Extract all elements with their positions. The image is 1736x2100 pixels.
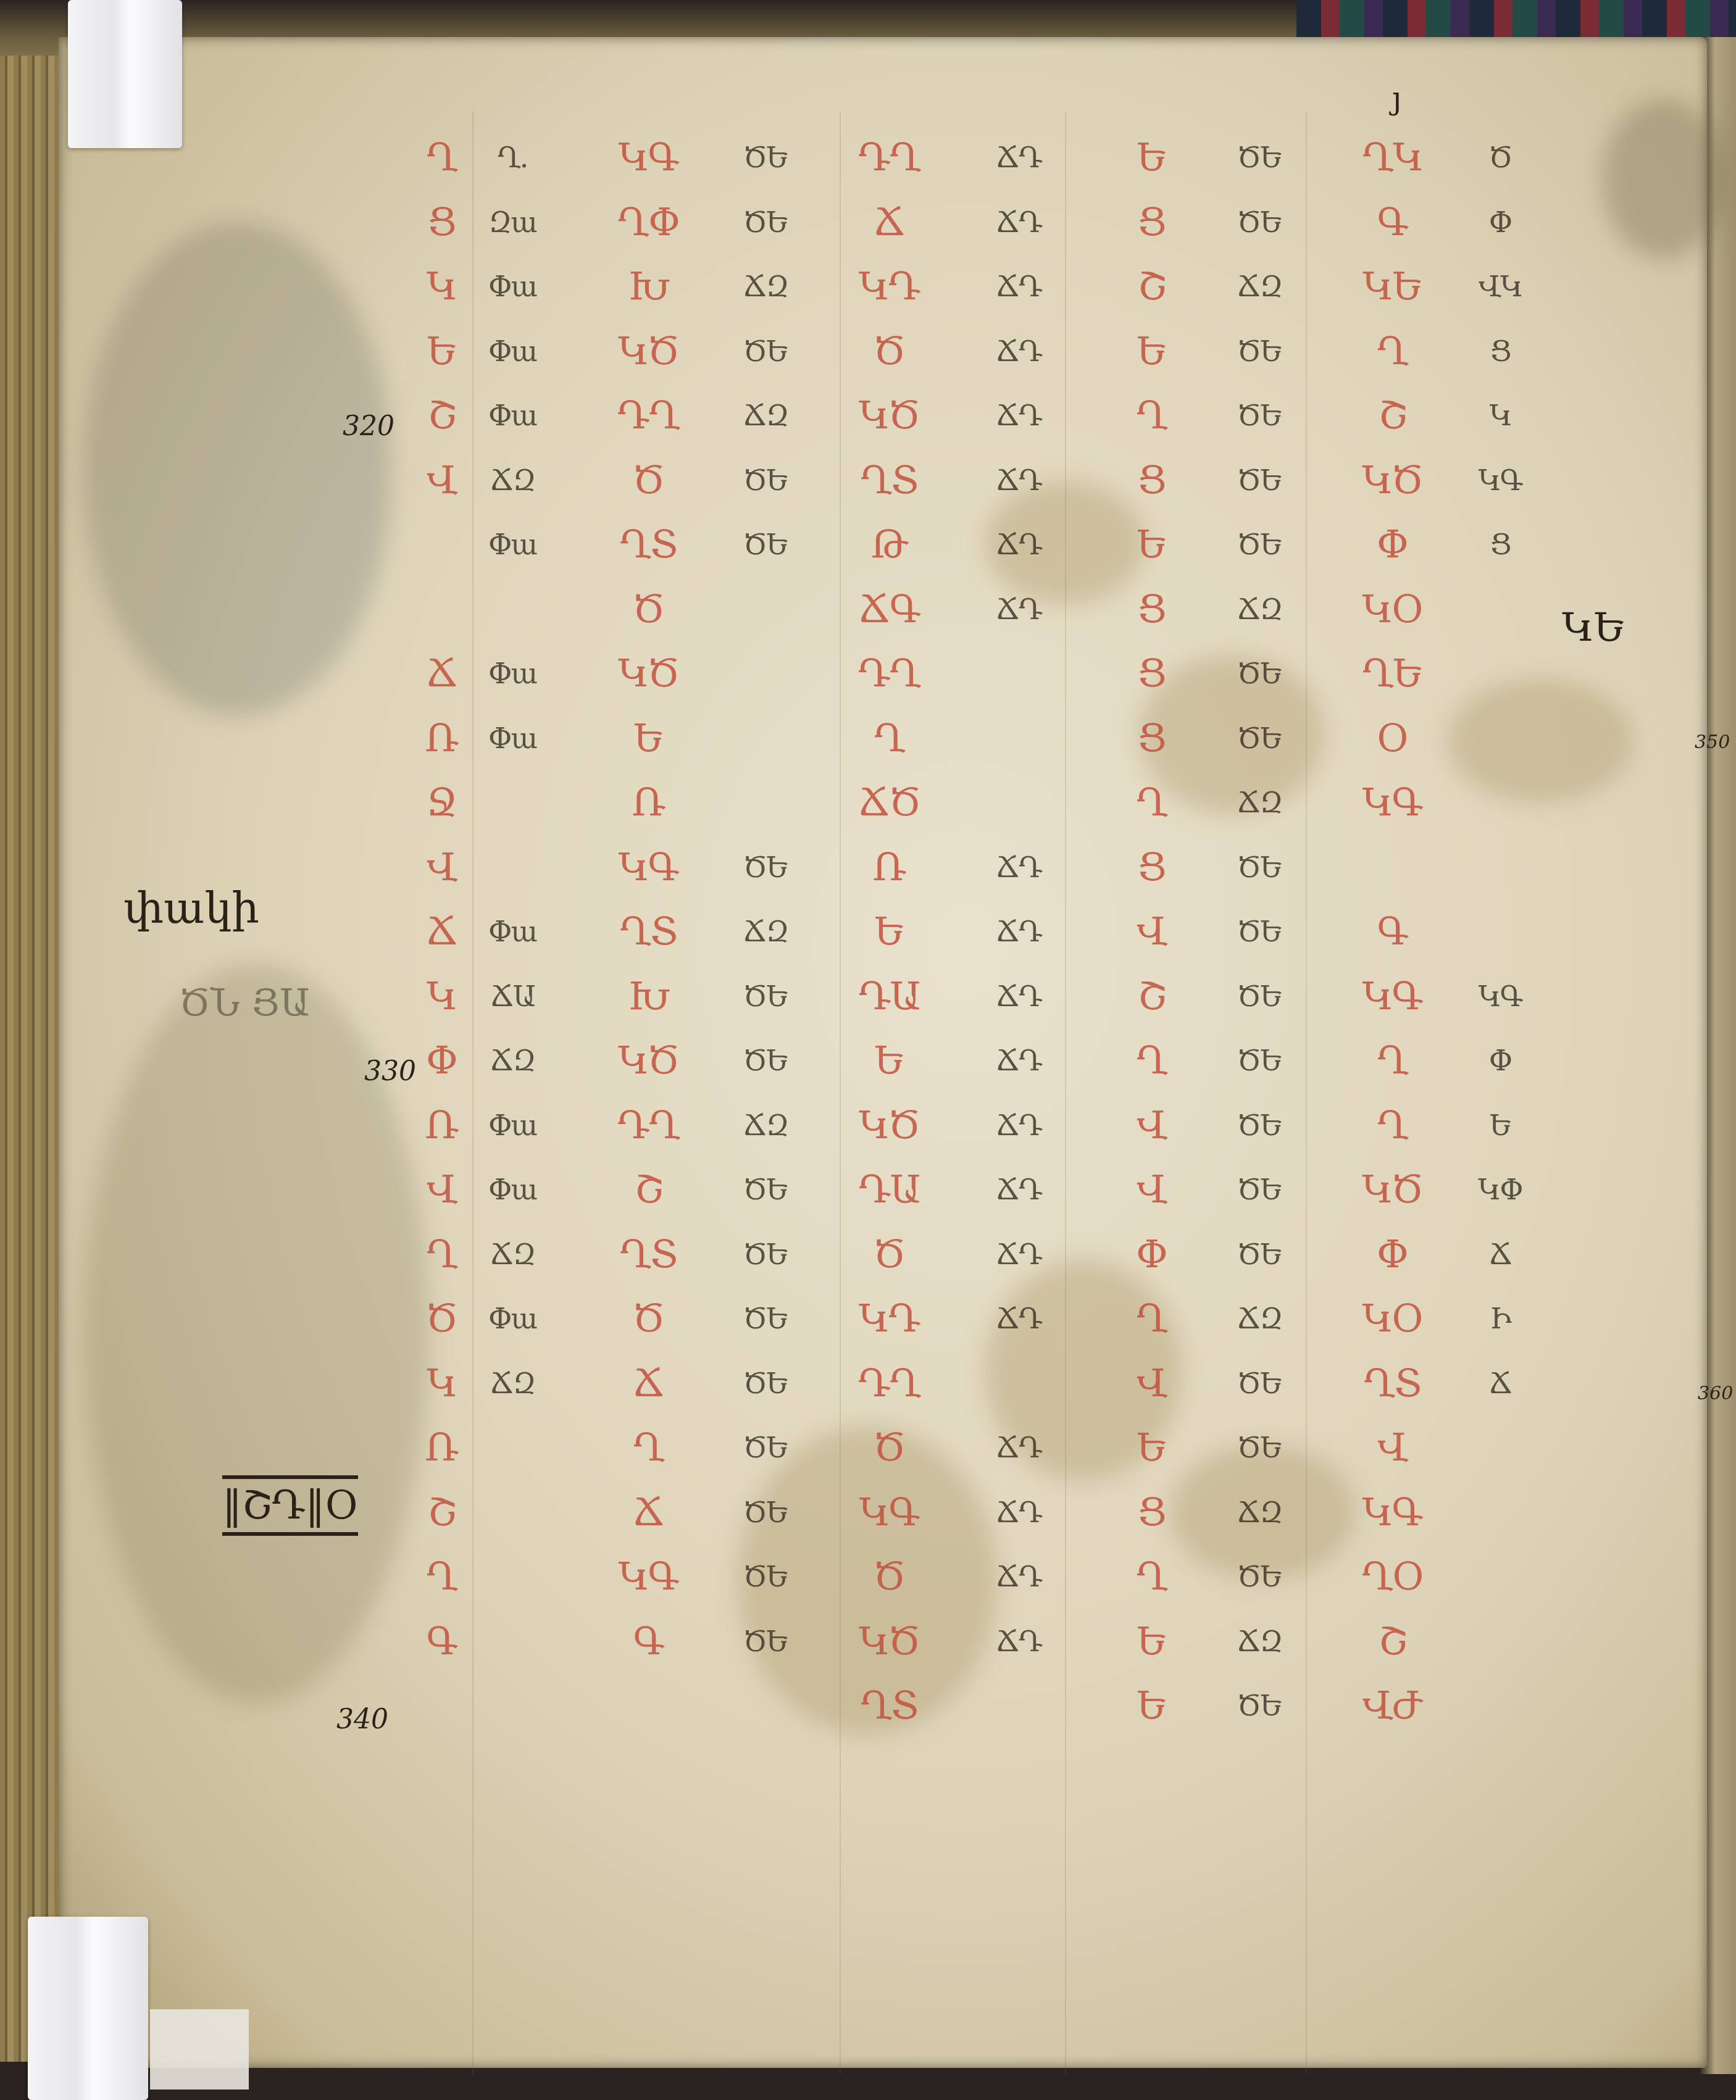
table-cell: ԾԵ xyxy=(743,1304,788,1333)
table-cell: Ե xyxy=(1137,1622,1166,1660)
table-cell: ՂՏ xyxy=(860,461,917,499)
table-cell: Վ xyxy=(427,461,456,499)
table-cell: Ճ xyxy=(426,654,457,693)
table-cell: ԾԵ xyxy=(743,982,788,1010)
table-cell: Ծ xyxy=(874,1557,904,1596)
table-cell: ԾԵ xyxy=(743,466,788,494)
table-cell: Վ xyxy=(427,1170,456,1209)
margin-stamp: ‖ՇԴ‖Օ xyxy=(222,1475,358,1536)
ruling-line xyxy=(840,111,841,2074)
table-cell: Փա xyxy=(488,1111,537,1140)
table-cell: ՃԶ xyxy=(1237,1627,1282,1656)
table-cell: Փա xyxy=(488,337,537,365)
table-cell: ԿՓ xyxy=(1478,1175,1522,1204)
table-cell: Փ xyxy=(1489,1046,1512,1075)
table-cell: ՂՏ xyxy=(860,1686,917,1725)
table-cell: Ղ xyxy=(426,138,457,177)
table-cell: Ղ. xyxy=(498,143,528,172)
table-cell: Փ xyxy=(1489,208,1512,236)
table-cell: ԿԾ xyxy=(1362,1170,1422,1209)
table-cell: Ց xyxy=(1138,719,1165,757)
table-cell: Ց xyxy=(1138,461,1165,499)
table-cell: Փա xyxy=(488,724,537,752)
table-cell: ՃԶ xyxy=(490,1046,535,1075)
margin-number-360: 360 xyxy=(1698,1383,1733,1404)
table-cell: Փ xyxy=(1377,525,1408,564)
table-cell: ՃԶ xyxy=(743,272,788,301)
table-cell: Ճ xyxy=(1489,1240,1512,1269)
table-cell: ՃԶ xyxy=(1237,1498,1282,1527)
table-cell: Ճ xyxy=(633,1364,664,1402)
table-cell: ԿԳ xyxy=(1479,982,1522,1010)
table-cell: ՃԴ xyxy=(996,1046,1041,1075)
table-cell: ԴՂ xyxy=(858,1364,920,1402)
table-cell: ՃԶ xyxy=(743,401,788,430)
margin-number-350: 350 xyxy=(1695,731,1730,753)
table-cell: ՃԴ xyxy=(996,982,1041,1010)
table-cell: Շ xyxy=(1138,977,1166,1015)
table-cell: ԾԵ xyxy=(1237,1111,1282,1140)
table-cell: Ց xyxy=(1490,337,1510,365)
table-cell: Վ xyxy=(427,848,456,886)
table-cell: Փ xyxy=(1377,1235,1408,1273)
table-cell: ՃԴ xyxy=(996,401,1041,430)
stain xyxy=(83,222,392,716)
table-cell: ԾԵ xyxy=(1237,982,1282,1010)
table-cell: ԾԵ xyxy=(1237,466,1282,494)
table-cell: Թ xyxy=(871,525,907,564)
table-cell: Գ xyxy=(1377,203,1407,241)
table-cell: ՂՕ xyxy=(1361,1557,1422,1596)
table-cell: Ղ xyxy=(1377,332,1408,370)
table-cell: Ե xyxy=(1137,1686,1166,1725)
table-cell: Վ xyxy=(1137,912,1166,951)
table-cell: Ռ xyxy=(425,1106,458,1144)
table-cell: Ց xyxy=(1138,848,1165,886)
table-cell: ԴԱ xyxy=(859,977,920,1015)
table-cell: Ծ xyxy=(1489,143,1512,172)
table-cell: ՂՏ xyxy=(619,525,677,564)
table-cell: ՂՏ xyxy=(619,912,677,951)
table-cell: Խ xyxy=(628,977,669,1015)
table-cell: ԾԵ xyxy=(1237,337,1282,365)
table-cell: ԾԵ xyxy=(1237,659,1282,688)
table-cell: Ղ xyxy=(426,1235,457,1273)
page-clip-bottom xyxy=(28,1917,148,2100)
table-cell: Ց xyxy=(1138,654,1165,693)
table-cell: Ղ xyxy=(1377,1041,1408,1080)
table-cell: Ղ xyxy=(1136,396,1167,435)
table-cell: ԿԳ xyxy=(1362,1493,1422,1531)
table-cell: Շ xyxy=(635,1170,662,1209)
table-cell: Վ xyxy=(1137,1106,1166,1144)
margin-number-330: 330 xyxy=(364,1056,416,1087)
stain xyxy=(1602,99,1726,259)
table-cell: ԿՕ xyxy=(1362,1299,1422,1338)
table-cell: Ճ xyxy=(633,1493,664,1531)
stain xyxy=(1448,679,1633,802)
table-cell: Գ xyxy=(426,1622,456,1660)
table-cell: ՃԱ xyxy=(490,982,535,1010)
margin-number-320: 320 xyxy=(343,410,394,442)
table-cell: ԿԾ xyxy=(859,1106,919,1144)
table-cell: ՂՏ xyxy=(619,1235,677,1273)
table-cell: Ճ xyxy=(1489,1369,1512,1398)
table-cell: ՃԶ xyxy=(490,1240,535,1269)
table-cell: ԿՕ xyxy=(1362,590,1422,628)
textile-background xyxy=(1296,0,1736,37)
table-cell: ԴՂ xyxy=(617,396,679,435)
table-cell: Ե xyxy=(427,332,456,370)
table-cell: Ց xyxy=(428,203,455,241)
table-cell: Շ xyxy=(1138,267,1166,306)
margin-note-word: փակի xyxy=(123,883,259,933)
table-cell: ՃԶ xyxy=(490,1369,535,1398)
table-cell: ՃԴ xyxy=(996,1240,1041,1269)
table-cell: Ծ xyxy=(874,332,904,370)
table-cell: Ջ xyxy=(426,783,456,822)
table-cell: Փա xyxy=(488,917,537,946)
table-cell: ԿԳ xyxy=(618,1557,678,1596)
table-cell: Ե xyxy=(1137,332,1166,370)
table-cell: ԿԳ xyxy=(1362,977,1422,1015)
table-cell: ՃԶ xyxy=(743,1111,788,1140)
table-cell: Ռ xyxy=(425,1428,458,1467)
table-cell: Ց xyxy=(1138,1493,1165,1531)
table-cell: Ե xyxy=(1137,525,1166,564)
table-cell: ՃԴ xyxy=(996,1111,1041,1140)
ruling-line xyxy=(472,111,474,2074)
table-cell: Ճ xyxy=(874,203,904,241)
table-cell: ՃԴ xyxy=(996,1433,1041,1462)
ruling-line xyxy=(1065,111,1066,2074)
table-cell: Ծ xyxy=(633,461,664,499)
table-cell: Գ xyxy=(1377,912,1407,951)
table-cell: ՃԴ xyxy=(996,1498,1041,1527)
table-cell: ԾԵ xyxy=(743,1562,788,1591)
table-cell: Ղ xyxy=(633,1428,664,1467)
table-cell: ԾԵ xyxy=(1237,401,1282,430)
table-cell: Վ xyxy=(1137,1364,1166,1402)
table-cell: ՂՓ xyxy=(617,203,679,241)
table-cell: Օ xyxy=(1377,719,1408,757)
table-cell: ԾԵ xyxy=(1237,1433,1282,1462)
table-cell: Ծ xyxy=(874,1428,904,1467)
margin-note-word: ԾՆ ՅԱ xyxy=(179,981,310,1025)
table-cell: ՃԶ xyxy=(490,466,535,494)
table-cell: ՎԺ xyxy=(1363,1686,1422,1725)
table-cell: ԴՂ xyxy=(617,1106,679,1144)
table-cell: Կ xyxy=(427,267,456,306)
table-cell: Փա xyxy=(488,1175,537,1204)
table-cell: ԾԵ xyxy=(1237,1562,1282,1591)
table-cell: ՃԴ xyxy=(996,272,1041,301)
table-cell: Ղ xyxy=(1136,783,1167,822)
table-cell: Ռ xyxy=(632,783,665,822)
table-cell: ՃԴ xyxy=(996,1304,1041,1333)
table-cell: Ծ xyxy=(633,1299,664,1338)
table-cell: ՂԵ xyxy=(1362,654,1422,693)
table-cell: Շ xyxy=(428,1493,456,1531)
table-cell: ՂԿ xyxy=(1362,138,1422,177)
table-cell: Փա xyxy=(488,401,537,430)
table-cell: ԾԵ xyxy=(743,530,788,559)
table-cell: ԴԱ xyxy=(859,1170,920,1209)
table-cell: ԿԵ xyxy=(1363,267,1422,306)
table-cell: ԾԵ xyxy=(743,1369,788,1398)
table-cell: Ճ xyxy=(426,912,457,951)
table-cell: Ե xyxy=(633,719,663,757)
table-cell: ԾԵ xyxy=(743,337,788,365)
table-cell: Ղ xyxy=(426,1557,457,1596)
table-cell: ՂՏ xyxy=(1363,1364,1421,1402)
table-cell: Ց xyxy=(1138,203,1165,241)
table-cell: ԿԾ xyxy=(618,654,678,693)
table-cell: ԿԾ xyxy=(1362,461,1422,499)
table-cell: Ռ xyxy=(425,719,458,757)
table-cell: ԿԳ xyxy=(618,848,678,886)
table-cell: ԾԵ xyxy=(743,1627,788,1656)
table-cell: ԾԵ xyxy=(743,1240,788,1269)
table-cell: Ղ xyxy=(1136,1557,1167,1596)
table-cell: Ե xyxy=(874,1041,904,1080)
table-cell: Ղ xyxy=(1377,1106,1408,1144)
table-cell: ԾԵ xyxy=(1237,1240,1282,1269)
ruling-line xyxy=(1306,111,1307,2074)
table-cell: Ց xyxy=(1138,590,1165,628)
table-cell: ՃԴ xyxy=(996,917,1041,946)
table-cell: ՃԴ xyxy=(996,208,1041,236)
table-cell: Ե xyxy=(1489,1111,1511,1140)
table-cell: Շ xyxy=(1379,1622,1406,1660)
table-cell: Վ xyxy=(1377,1428,1407,1467)
table-cell: Ե xyxy=(1137,1428,1166,1467)
table-cell: ՃԴ xyxy=(996,530,1041,559)
book-edge-left xyxy=(0,56,68,2062)
table-cell: ՃԾ xyxy=(858,783,920,822)
table-cell: ՃԳ xyxy=(858,590,919,628)
table-cell: ՃԴ xyxy=(996,595,1041,623)
table-cell: Ղ xyxy=(1136,1041,1167,1080)
paper-tab xyxy=(150,2009,249,2090)
table-cell: Ե xyxy=(1137,138,1166,177)
table-cell: ԾԵ xyxy=(1237,853,1282,881)
table-cell: Փա xyxy=(488,272,537,301)
table-cell: ԴՂ xyxy=(858,654,920,693)
table-cell: Ի xyxy=(1490,1304,1511,1333)
table-cell: ԾԵ xyxy=(1237,1175,1282,1204)
table-cell: Փ xyxy=(1136,1235,1167,1273)
table-cell: Գ xyxy=(633,1622,663,1660)
table-cell: ԴՂ xyxy=(858,138,920,177)
table-cell: Ռ xyxy=(873,848,906,886)
table-cell: Ծ xyxy=(874,1235,904,1273)
table-cell: ՃԶ xyxy=(743,917,788,946)
table-cell: Կ xyxy=(1490,401,1511,430)
top-mark: ȷ xyxy=(1392,80,1402,116)
table-cell: ՃԴ xyxy=(996,1175,1041,1204)
table-cell: ԿԾ xyxy=(859,1622,919,1660)
table-cell: Ղ xyxy=(1136,1299,1167,1338)
table-cell: Կ xyxy=(427,977,456,1015)
table-cell: ՃԶ xyxy=(1237,595,1282,623)
table-cell: ԾԵ xyxy=(1237,530,1282,559)
table-cell: ՃԴ xyxy=(996,1627,1041,1656)
table-cell: ԾԵ xyxy=(743,208,788,236)
table-cell: ԿԾ xyxy=(618,332,678,370)
table-cell: ԿԾ xyxy=(859,396,919,435)
table-cell: ԾԵ xyxy=(743,853,788,881)
table-cell: ԾԵ xyxy=(743,1175,788,1204)
table-cell: ԾԵ xyxy=(1237,143,1282,172)
table-cell: Ե xyxy=(874,912,904,951)
table-cell: ԾԵ xyxy=(1237,917,1282,946)
table-cell: ՃԴ xyxy=(996,337,1041,365)
table-cell: Շ xyxy=(1379,396,1406,435)
table-cell: Փա xyxy=(488,530,537,559)
table-cell: ՃԶ xyxy=(1237,788,1282,817)
table-cell: ՃԶ xyxy=(1237,272,1282,301)
table-cell: ԿԳ xyxy=(618,138,678,177)
table-cell: ԾԵ xyxy=(743,1046,788,1075)
table-cell: ԾԵ xyxy=(743,1433,788,1462)
table-cell: ԾԵ xyxy=(743,1498,788,1527)
table-cell: ՎԿ xyxy=(1479,272,1522,301)
table-cell: ՃԴ xyxy=(996,143,1041,172)
table-cell: ՃԶ xyxy=(1237,1304,1282,1333)
margin-note-right: ԿԵ xyxy=(1562,605,1625,651)
table-cell: ԿԴ xyxy=(859,1299,919,1338)
table-cell: Փա xyxy=(488,1304,537,1333)
table-cell: ԾԵ xyxy=(1237,1046,1282,1075)
table-cell: Ծ xyxy=(426,1299,457,1338)
table-cell: ԾԵ xyxy=(1237,208,1282,236)
table-cell: ԿԴ xyxy=(859,267,919,306)
table-cell: Ց xyxy=(1490,530,1510,559)
table-cell: ԿԳ xyxy=(859,1493,919,1531)
table-cell: Ծ xyxy=(633,590,664,628)
table-cell: ԾԵ xyxy=(1237,1691,1282,1720)
table-cell: Կ xyxy=(427,1364,456,1402)
table-cell: Վ xyxy=(1137,1170,1166,1209)
table-cell: ԾԵ xyxy=(1237,724,1282,752)
table-cell: Զա xyxy=(488,208,536,236)
table-cell: Շ xyxy=(428,396,456,435)
table-cell: Խ xyxy=(628,267,669,306)
table-cell: ԿԾ xyxy=(618,1041,678,1080)
table-cell: ՃԴ xyxy=(996,1562,1041,1591)
table-cell: Ղ xyxy=(874,719,904,757)
table-cell: ՃԴ xyxy=(996,853,1041,881)
table-cell: ԿԳ xyxy=(1362,783,1422,822)
table-cell: Փ xyxy=(426,1041,457,1080)
table-cell: Փա xyxy=(488,659,537,688)
table-cell: ԿԳ xyxy=(1479,466,1522,494)
table-cell: ԾԵ xyxy=(743,143,788,172)
page-clip-top xyxy=(68,0,182,148)
margin-number-340: 340 xyxy=(336,1704,388,1735)
table-cell: ՃԴ xyxy=(996,466,1041,494)
table-cell: ԾԵ xyxy=(1237,1369,1282,1398)
